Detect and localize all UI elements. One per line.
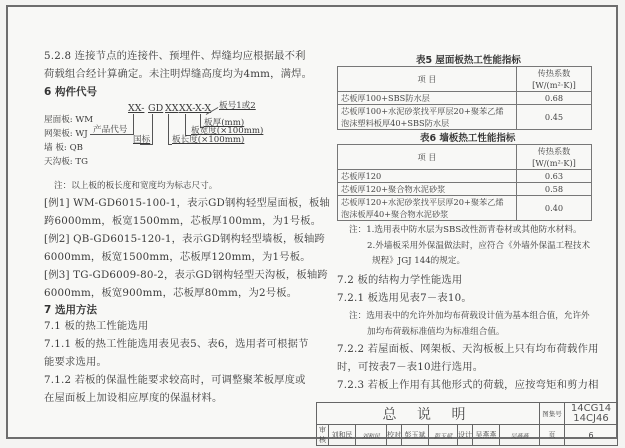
section-7-2: 7.2 板的结构力学性能选用 xyxy=(337,273,462,287)
table6: 项 目 传热系数[W/(m²·K)] 芯板厚120 0.63 芯板厚120+聚合… xyxy=(337,144,592,221)
reviewer-signature: 刘和民 xyxy=(356,425,387,446)
table5-header-value: 传热系数[W/(m²·K)] xyxy=(517,67,592,92)
example-3-line1: [例3] TG-GD6009-80-2，表示GD钢构轻型天沟板，板轴跨 xyxy=(44,268,328,282)
table5: 项 目 传热系数[W/(m²·K)] 芯板厚100+SBS防水层 0.68 芯板… xyxy=(337,66,592,130)
code-part-gd: GD xyxy=(148,103,163,115)
section-7-1-1-line2: 能要求选用。 xyxy=(44,355,107,369)
example-2-line2: 6000mm，板宽1500mm，芯板厚120mm，为1号板。 xyxy=(44,250,311,264)
atlas-number: 14CG1414CJ46 xyxy=(565,403,618,425)
label-length: 板长度(×100mm) xyxy=(172,134,244,146)
type-gutter-panel: 天沟板: TG xyxy=(44,156,88,168)
example-1-line1: [例1] WM-GD6015-100-1，表示GD钢构轻型屋面板，板轴 xyxy=(44,196,330,210)
type-roof-panel: 屋面板: WM xyxy=(44,114,93,126)
note-3-line1: 注：选用表中的允许外加均布荷载设计值为基本组合值，允许外 xyxy=(349,310,590,322)
table-row: 芯板厚100+水泥砂浆找平厚层20+聚苯乙烯泡沫塑料板厚40+SBS防水层 0.… xyxy=(338,105,592,130)
check-label: 校对 xyxy=(387,425,402,446)
code-part-product: XX- xyxy=(128,103,144,115)
section-7-heading: 7 选用方法 xyxy=(44,302,97,317)
table6-header-item: 项 目 xyxy=(338,145,517,170)
table5-header-item: 项 目 xyxy=(338,67,517,92)
section-7-1-2-line2: 在屋面板上加设相应厚度的保温材料。 xyxy=(44,391,222,405)
table6-header-value: 传热系数[W/(m²·K)] xyxy=(517,145,592,170)
example-3-line2: 6000mm，板宽900mm，芯板厚80mm，为2号板。 xyxy=(44,286,297,300)
section-7-1-2-line1: 7.1.2 若板的保温性能要求较高时，可调整聚苯板厚度或 xyxy=(44,373,306,387)
note-2-line2: 规程》JGJ 144的规定。 xyxy=(372,255,465,267)
page-number: 6 xyxy=(565,425,618,446)
designer-signature: 吴燕燕 xyxy=(500,425,540,446)
note-3-line2: 加均布荷载标准值均为标准组合值。 xyxy=(367,326,505,338)
note-2-line1: 2.外墙板采用外保温做法时，应符合《外墙外保温工程技术 xyxy=(367,240,590,252)
reviewer-name: 刘和民 xyxy=(329,425,356,446)
table-row: 芯板厚100+SBS防水层 0.68 xyxy=(338,92,592,105)
type-grid-panel: 网架板: WJ xyxy=(44,128,88,140)
note-dimensions: 注：以上板的板长度和宽度均为标志尺寸。 xyxy=(54,180,217,192)
atlas-number-label: 图集号 xyxy=(540,403,565,425)
example-2-line1: [例2] QB-GD6015-120-1，表示GD钢构轻型墙板，板轴跨 xyxy=(44,232,325,246)
table6-title: 表6 墙板热工性能指标 xyxy=(420,130,515,144)
type-wall-panel: 墙 板: QB xyxy=(44,142,83,154)
table-row: 芯板厚120+聚合物水泥砂浆 0.58 xyxy=(338,183,592,196)
section-5-2-8-line1: 5.2.8 连接节点的连接件、预埋件、焊缝均应根据最不利 xyxy=(44,49,306,63)
section-7-1: 7.1 板的热工性能选用 xyxy=(44,319,148,333)
section-6-heading: 6 构件代号 xyxy=(44,84,97,99)
checker-signature: 彭玉斌 xyxy=(429,425,458,446)
example-1-line2: 跨6000mm，板宽1500mm，芯板厚100mm，为1号板。 xyxy=(44,214,321,228)
section-7-2-2-line2: 时，可按表7－表10进行选用。 xyxy=(337,360,483,374)
label-standard: 国标 xyxy=(133,134,150,146)
drawing-title: 总 说 明 xyxy=(317,403,540,425)
section-5-2-8-line2: 荷载组合经计算确定。未注明焊缝高度均为4mm，满焊。 xyxy=(44,67,312,81)
section-7-1-1-line1: 7.1.1 板的热工性能选用表见表5、表6，选用者可根据节 xyxy=(44,337,309,351)
note-1: 注：1.选用表中防水层为SBS改性沥青卷材或其他防水材料。 xyxy=(349,224,582,236)
title-block: 总 说 明 图集号 14CG1414CJ46 审核 刘和民 刘和民 校对 彭玉斌… xyxy=(316,402,618,446)
section-7-2-2-line1: 7.2.2 若屋面板、网架板、天沟板板上只有均布荷载作用 xyxy=(337,342,599,356)
page-label: 页 xyxy=(540,425,565,446)
label-board-number: 板号1或2 xyxy=(219,100,256,112)
table-row: 芯板厚120 0.63 xyxy=(338,170,592,183)
table5-title: 表5 屋面板热工性能指标 xyxy=(416,52,521,66)
section-7-2-1: 7.2.1 板选用见表7－表10。 xyxy=(337,291,472,305)
checker-name: 彭玉斌 xyxy=(402,425,429,446)
section-7-2-3-line1: 7.2.3 若板上作用有其他形式的荷载，应按弯矩和剪力相 xyxy=(337,378,599,392)
design-label: 设计 xyxy=(458,425,473,446)
designer-name: 吴燕燕 xyxy=(473,425,500,446)
review-label: 审核 xyxy=(317,425,329,446)
label-product-code: 产品代号 xyxy=(93,124,127,136)
table-row: 芯板厚120+水泥砂浆找平层厚20+聚苯乙烯泡沫板厚40+聚合物水泥砂浆 0.4… xyxy=(338,196,592,221)
